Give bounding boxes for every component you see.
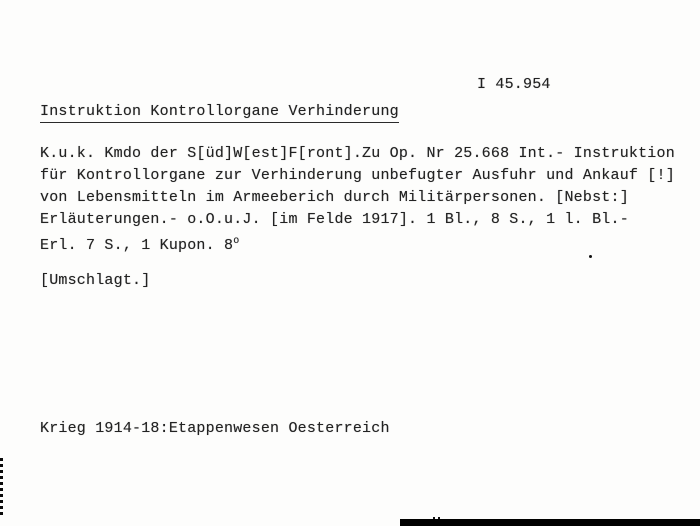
body-line: Erläuterungen.- o.O.u.J. [im Felde 1917]… (40, 209, 675, 231)
ink-speck (589, 255, 592, 258)
format-text: Erl. 7 S., 1 Kupon. 8 (40, 237, 233, 254)
card-note: [Umschlagt.] (40, 272, 150, 289)
body-line: für Kontrollorgane zur Verhinderung unbe… (40, 165, 675, 187)
catalog-number: I 45.954 (477, 76, 551, 93)
body-line: von Lebensmitteln im Armeeberich durch M… (40, 187, 675, 209)
octavo-superscript: o (233, 236, 239, 247)
body-line-format: Erl. 7 S., 1 Kupon. 8o (40, 231, 675, 257)
body-line: K.u.k. Kmdo der S[üd]W[est]F[ront].Zu Op… (40, 143, 675, 165)
scan-perforation-marks (0, 458, 3, 515)
subject-heading-line: Krieg 1914-18:Etappenwesen Oesterreich (40, 420, 390, 437)
catalog-card-scan: I 45.954 Instruktion Kontrollorgane Verh… (0, 0, 700, 526)
scan-edge-bar (400, 519, 700, 526)
card-body: K.u.k. Kmdo der S[üd]W[est]F[ront].Zu Op… (40, 143, 675, 257)
card-heading: Instruktion Kontrollorgane Verhinderung (40, 103, 399, 123)
ink-speck (433, 517, 435, 519)
